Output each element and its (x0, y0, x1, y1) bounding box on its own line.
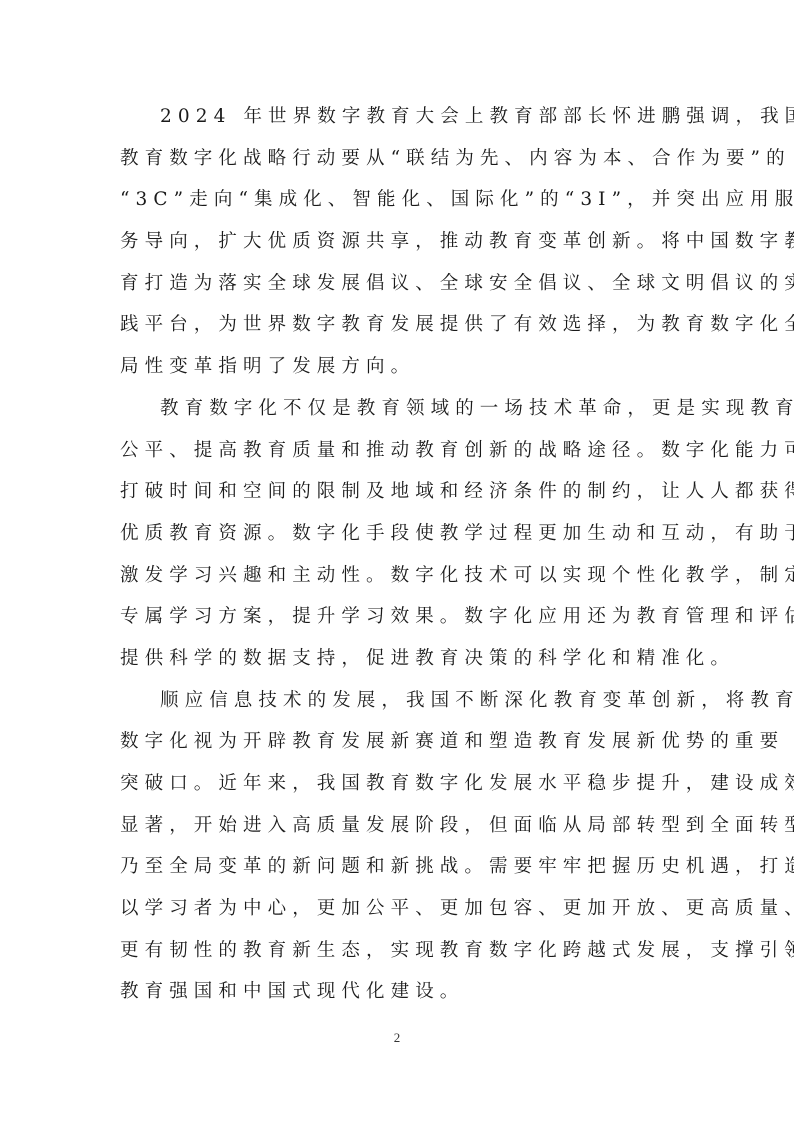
text-line: 顺应信息技术的发展，我国不断深化教育变革创新，将教育 (120, 680, 676, 722)
text-line: 教育强国和中国式现代化建设。 (120, 971, 676, 1013)
text-line: “3C”走向“集成化、智能化、国际化”的“3I”，并突出应用服 (120, 179, 676, 221)
text-line: 务导向，扩大优质资源共享，推动教育变革创新。将中国数字教 (120, 221, 676, 263)
text-line: 提供科学的数据支持，促进教育决策的科学化和精准化。 (120, 638, 676, 680)
text-line: 优质教育资源。数字化手段使教学过程更加生动和互动，有助于 (120, 513, 676, 555)
text-line: 显著，开始进入高质量发展阶段，但面临从局部转型到全面转型 (120, 805, 676, 847)
text-line: 教育数字化不仅是教育领域的一场技术革命，更是实现教育 (120, 388, 676, 430)
text-line: 更有韧性的教育新生态，实现教育数字化跨越式发展，支撑引领 (120, 930, 676, 972)
document-body: 2024 年世界数字教育大会上教育部部长怀进鹏强调，我国 教育数字化战略行动要从… (120, 96, 676, 1013)
page-number: 2 (0, 1030, 794, 1046)
text-line: 教育数字化战略行动要从“联结为先、内容为本、合作为要”的 (120, 138, 676, 180)
paragraph-3: 顺应信息技术的发展，我国不断深化教育变革创新，将教育 数字化视为开辟教育发展新赛… (120, 680, 676, 1014)
paragraph-2: 教育数字化不仅是教育领域的一场技术革命，更是实现教育 公平、提高教育质量和推动教… (120, 388, 676, 680)
text-line: 激发学习兴趣和主动性。数字化技术可以实现个性化教学，制定 (120, 555, 676, 597)
text-line: 突破口。近年来，我国教育数字化发展水平稳步提升，建设成效 (120, 763, 676, 805)
text-line: 公平、提高教育质量和推动教育创新的战略途径。数字化能力可 (120, 430, 676, 472)
text-line: 乃至全局变革的新问题和新挑战。需要牢牢把握历史机遇，打造 (120, 846, 676, 888)
text-line: 局性变革指明了发展方向。 (120, 346, 676, 388)
text-line: 2024 年世界数字教育大会上教育部部长怀进鹏强调，我国 (120, 96, 676, 138)
document-page: 2024 年世界数字教育大会上教育部部长怀进鹏强调，我国 教育数字化战略行动要从… (0, 0, 794, 1123)
text-line: 践平台，为世界数字教育发展提供了有效选择，为教育数字化全 (120, 304, 676, 346)
text-line: 育打造为落实全球发展倡议、全球安全倡议、全球文明倡议的实 (120, 263, 676, 305)
text-line: 专属学习方案，提升学习效果。数字化应用还为教育管理和评估 (120, 596, 676, 638)
text-line: 打破时间和空间的限制及地域和经济条件的制约，让人人都获得 (120, 471, 676, 513)
text-line: 数字化视为开辟教育发展新赛道和塑造教育发展新优势的重要 (120, 721, 676, 763)
paragraph-1: 2024 年世界数字教育大会上教育部部长怀进鹏强调，我国 教育数字化战略行动要从… (120, 96, 676, 388)
text-line: 以学习者为中心，更加公平、更加包容、更加开放、更高质量、 (120, 888, 676, 930)
